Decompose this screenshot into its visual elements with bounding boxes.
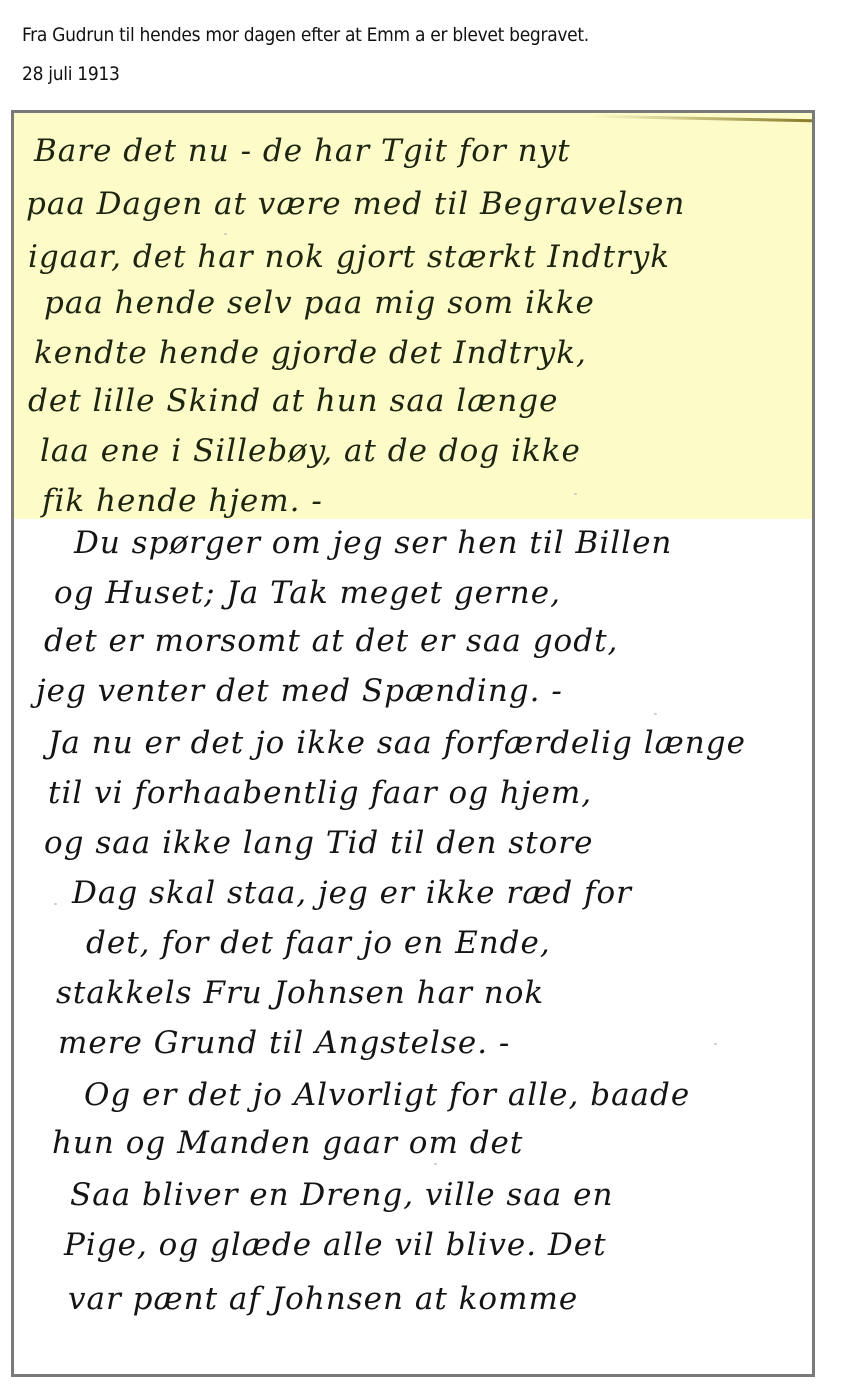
handwriting-line: mere Grund til Angstelse. - bbox=[58, 1025, 510, 1061]
scan-speck bbox=[654, 713, 657, 715]
handwriting-line: jeg venter det med Spænding. - bbox=[36, 673, 563, 709]
handwriting-line: til vi forhaabentlig faar og hjem, bbox=[48, 775, 592, 811]
caption-title: Fra Gudrun til hendes mor dagen efter at… bbox=[22, 24, 589, 46]
handwriting-line: Pige, og glæde alle vil blive. Det bbox=[64, 1227, 607, 1263]
handwriting-line: fik hende hjem. - bbox=[42, 483, 323, 519]
handwriting-line: Og er det jo Alvorligt for alle, baade bbox=[84, 1077, 690, 1113]
handwriting-line: Bare det nu - de har Tgit for nyt bbox=[34, 133, 571, 169]
handwriting-line: paa Dagen at være med til Begravelsen bbox=[26, 186, 685, 222]
handwriting-line: Dag skal staa, jeg er ikke ræd for bbox=[72, 875, 632, 911]
handwriting-line: det lille Skind at hun saa længe bbox=[28, 383, 558, 419]
handwriting-line: hun og Manden gaar om det bbox=[52, 1125, 523, 1161]
handwriting-line: og Huset; Ja Tak meget gerne, bbox=[54, 575, 561, 611]
handwriting-line: Du spørger om jeg ser hen til Billen bbox=[74, 525, 672, 561]
scan-speck bbox=[54, 903, 57, 905]
handwriting-line: stakkels Fru Johnsen har nok bbox=[56, 975, 544, 1011]
handwriting-line: laa ene i Sillebøy, at de dog ikke bbox=[40, 433, 581, 469]
scan-speck bbox=[224, 233, 227, 235]
scan-speck bbox=[574, 493, 577, 495]
handwriting-line: kendte hende gjorde det Indtryk, bbox=[34, 335, 587, 371]
scan-speck bbox=[714, 1043, 717, 1045]
handwriting-line: Saa bliver en Dreng, ville saa en bbox=[70, 1177, 613, 1213]
handwriting-line: igaar, det har nok gjort stærkt Indtryk bbox=[28, 239, 670, 275]
handwriting-line: det, for det faar jo en Ende, bbox=[86, 925, 551, 961]
handwriting-line: var pænt af Johnsen at komme bbox=[68, 1281, 578, 1317]
letter-scan-frame: Bare det nu - de har Tgit for nyt paa Da… bbox=[11, 110, 815, 1377]
scan-speck bbox=[434, 1163, 437, 1165]
handwriting-line: paa hende selv paa mig som ikke bbox=[44, 285, 595, 321]
handwriting-line: og saa ikke lang Tid til den store bbox=[44, 825, 593, 861]
handwriting-line: det er morsomt at det er saa godt, bbox=[44, 623, 618, 659]
handwriting-line: Ja nu er det jo ikke saa forfærdelig læn… bbox=[48, 725, 746, 761]
caption-date: 28 juli 1913 bbox=[22, 63, 120, 85]
